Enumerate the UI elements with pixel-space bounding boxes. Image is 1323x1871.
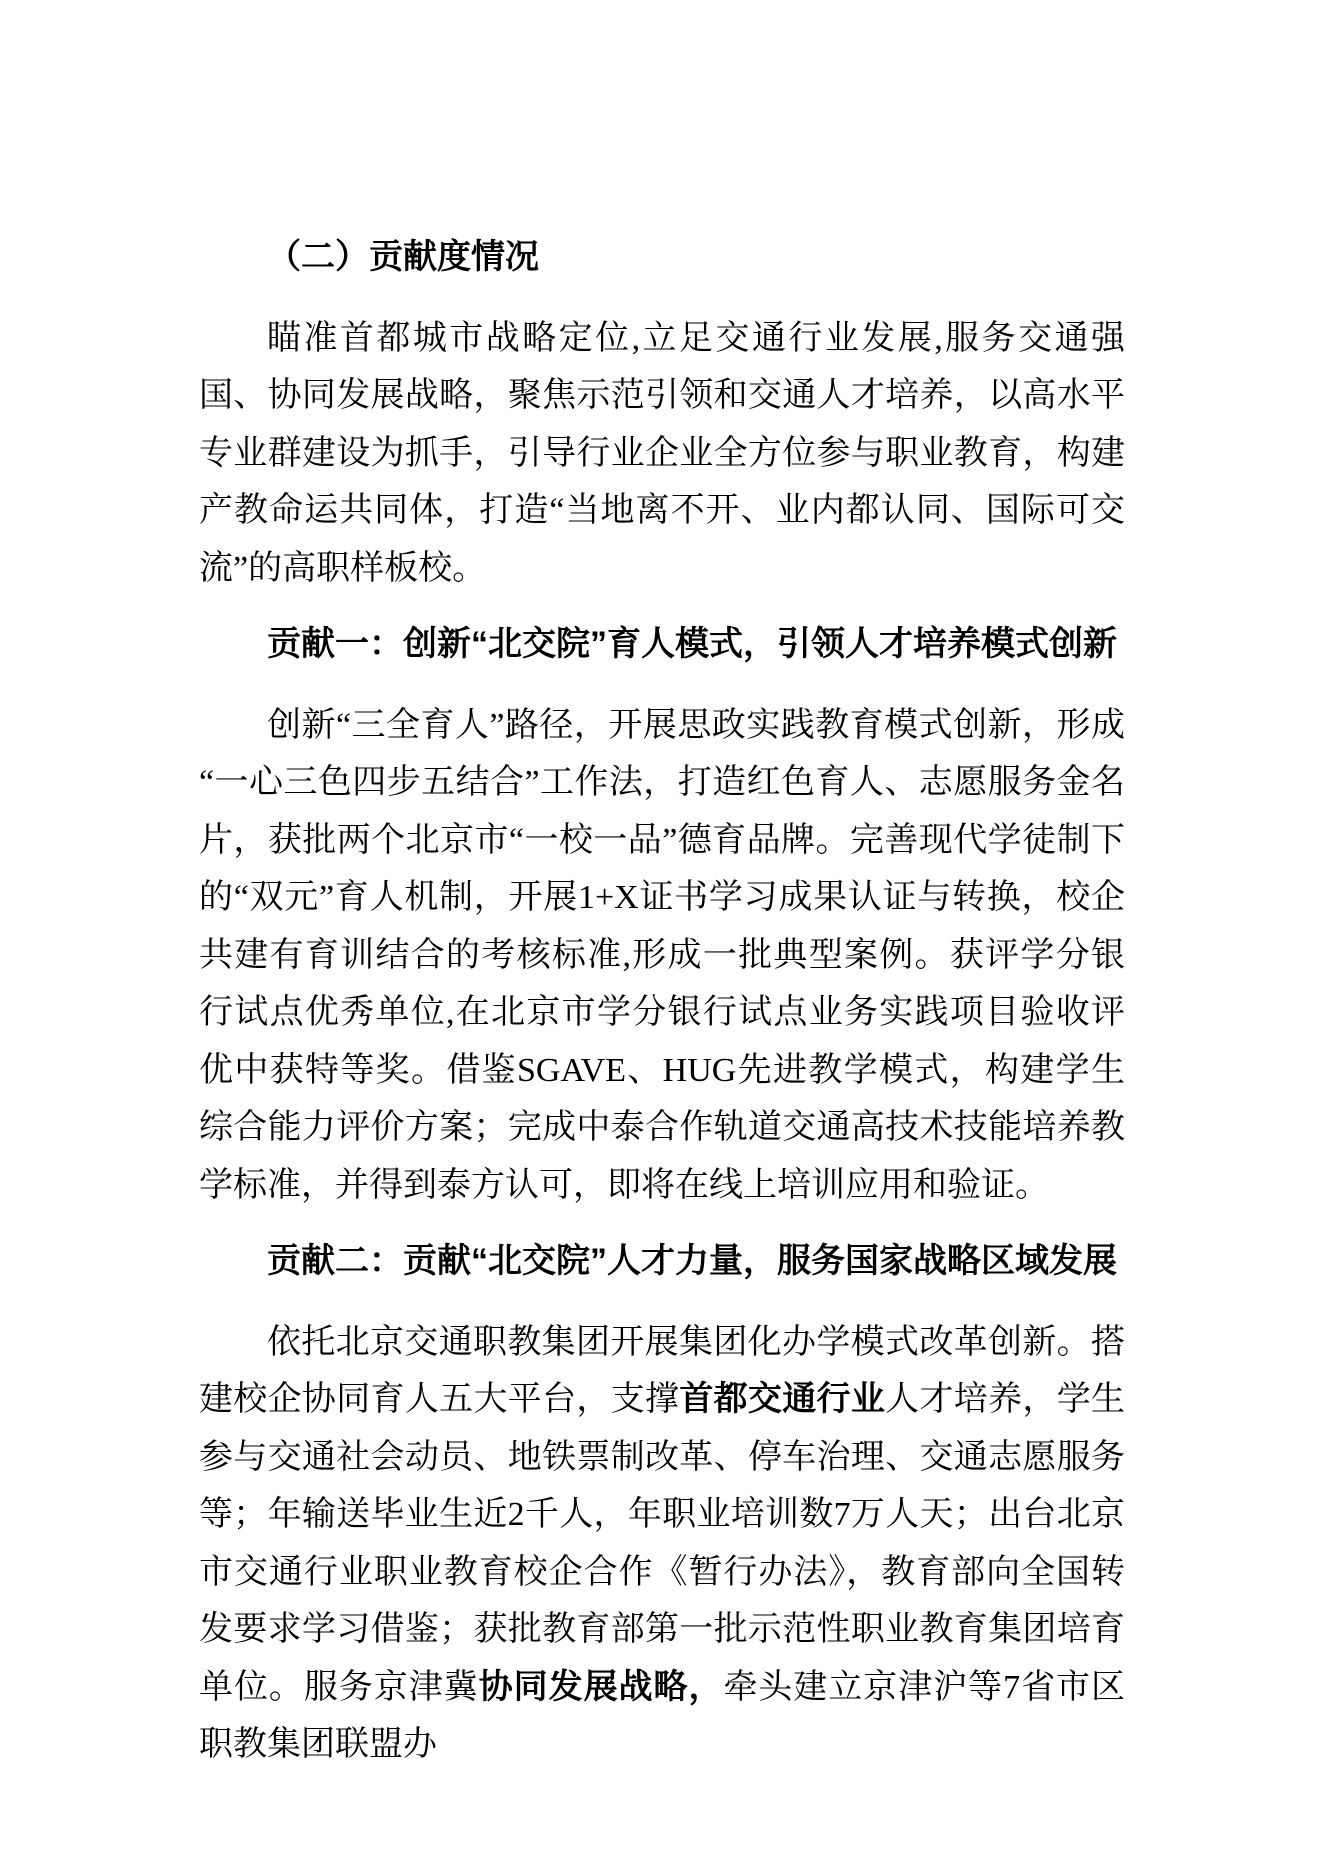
emphasis-capital-transport-industry: 首都交通行业: [679, 1381, 885, 1418]
intro-paragraph: 瞄准首都城市战略定位,立足交通行业发展,服务交通强国、协同发展战略，聚焦示范引领…: [199, 310, 1125, 598]
contribution2-paragraph: 依托北京交通职教集团开展集团化办学模式改革创新。搭建校企协同育人五大平台，支撑首…: [199, 1314, 1125, 1774]
document-page: （二）贡献度情况 瞄准首都城市战略定位,立足交通行业发展,服务交通强国、协同发展…: [0, 0, 1323, 1871]
section-heading: （二）贡献度情况: [199, 229, 1125, 287]
contribution2-heading: 贡献二：贡献“北交院”人才力量，服务国家战略区域发展: [199, 1233, 1125, 1291]
contribution2-run-3: 人才培养，学生参与交通社会动员、地铁票制改革、停车治理、交通志愿服务等；年输送毕…: [199, 1381, 1125, 1706]
emphasis-coordinated-development-strategy: 协同发展战略，: [479, 1669, 724, 1706]
document-body: （二）贡献度情况 瞄准首都城市战略定位,立足交通行业发展,服务交通强国、协同发展…: [199, 0, 1125, 1774]
contribution1-paragraph: 创新“三全育人”路径，开展思政实践教育模式创新，形成“一心三色四步五结合”工作法…: [199, 697, 1125, 1215]
contribution1-heading: 贡献一：创新“北交院”育人模式，引领人才培养模式创新: [199, 616, 1125, 674]
